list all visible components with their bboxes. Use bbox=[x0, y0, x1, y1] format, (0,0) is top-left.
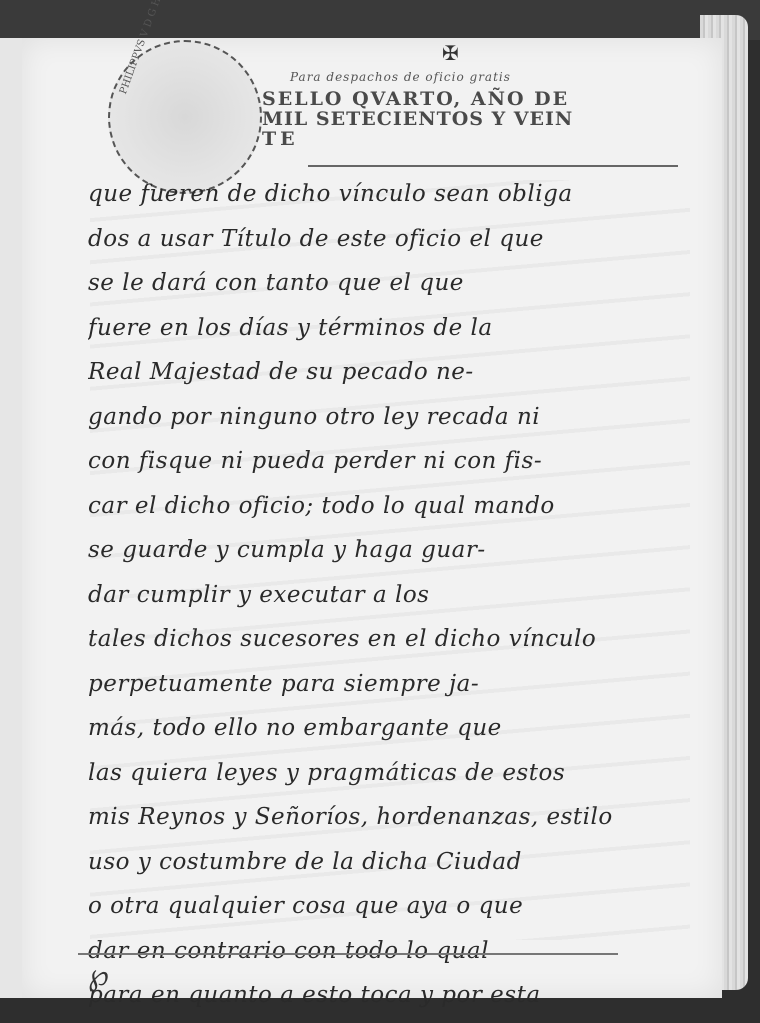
text-line: mis Reynos y Señoríos, hordenanzas, esti… bbox=[88, 795, 678, 840]
text-line: se le dará con tanto que el que bbox=[88, 261, 678, 306]
stamp-heading-line-3: TE bbox=[262, 128, 299, 150]
text-line: con fisque ni pueda perder ni con fis- bbox=[88, 439, 678, 484]
text-line: uso y costumbre de la dicha Ciudad bbox=[88, 840, 678, 885]
stamp-heading-line-1: SELLO QVARTO, AÑO DE bbox=[262, 88, 569, 110]
text-line: para en quanto a esto toca y por esta bbox=[88, 973, 678, 1018]
text-line: Real Majestad de su pecado ne- bbox=[88, 350, 678, 395]
closing-rule bbox=[78, 953, 618, 955]
handwritten-text-block: que fueren de dicho vínculo sean obliga … bbox=[88, 172, 678, 1018]
text-line: las quiera leyes y pragmáticas de estos bbox=[88, 751, 678, 796]
text-line: o otra qualquier cosa que aya o que bbox=[88, 884, 678, 929]
text-line: más, todo ello no embargante que bbox=[88, 706, 678, 751]
text-line: gando por ninguno otro ley recada ni bbox=[88, 395, 678, 440]
royal-seal-stamp: PHILIPPVS V D G HISPANIARVM REX bbox=[108, 40, 262, 194]
stamp-intro-text: Para despachos de oficio gratis bbox=[290, 70, 511, 84]
text-line: dar cumplir y executar a los bbox=[88, 573, 678, 618]
text-line: se guarde y cumpla y haga guar- bbox=[88, 528, 678, 573]
text-line: tales dichos sucesores en el dicho víncu… bbox=[88, 617, 678, 662]
text-line: dos a usar Título de este oficio el que bbox=[88, 217, 678, 262]
stamp-heading-line-2: MIL SETECIENTOS Y VEIN bbox=[262, 108, 573, 130]
text-line: dar en contrario con todo lo qual bbox=[88, 929, 678, 974]
header-rule bbox=[308, 165, 678, 167]
text-line: que fueren de dicho vínculo sean obliga bbox=[88, 172, 678, 217]
text-line: car el dicho oficio; todo lo qual mando bbox=[88, 484, 678, 529]
cross-icon: ✠ bbox=[442, 41, 459, 65]
text-line: fuere en los días y términos de la bbox=[88, 306, 678, 351]
scan-background-top bbox=[0, 0, 760, 40]
signature-flourish-icon: ℘ bbox=[88, 958, 109, 993]
text-line: perpetuamente para siempre ja- bbox=[88, 662, 678, 707]
